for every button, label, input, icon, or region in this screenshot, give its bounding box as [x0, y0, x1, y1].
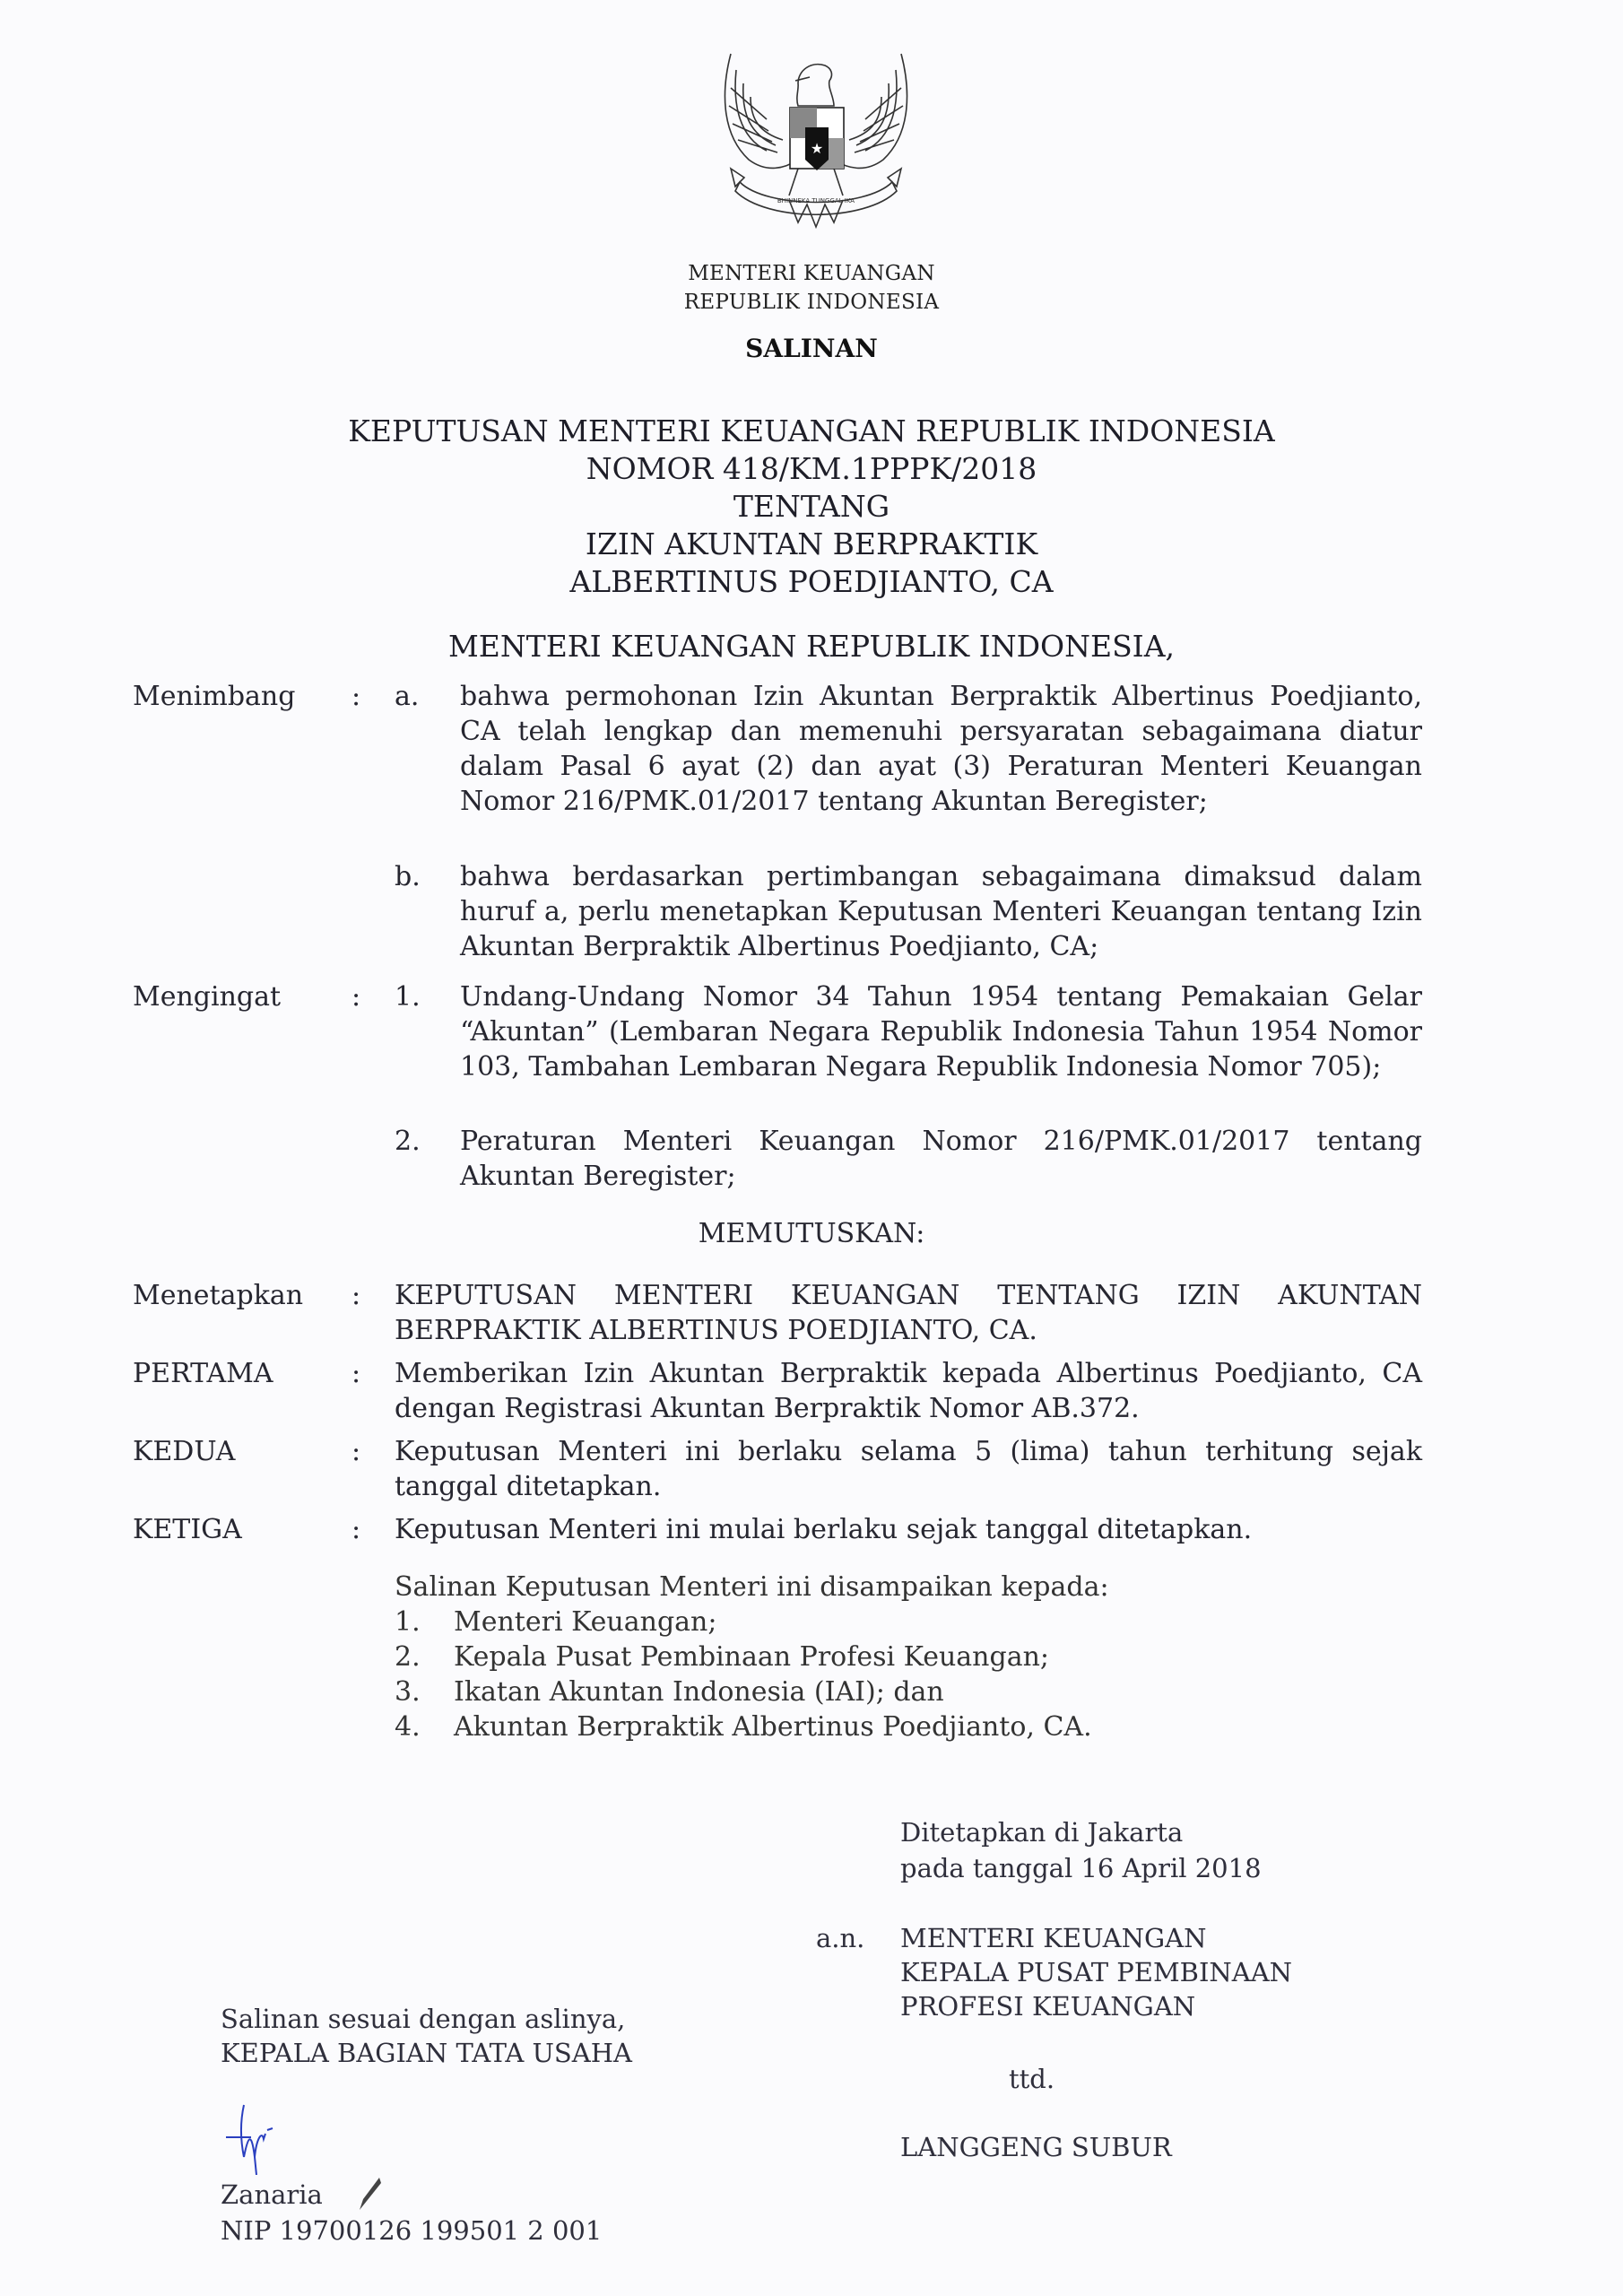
copy-recipient: 4.Akuntan Berpraktik Albertinus Poedjian…	[395, 1711, 1092, 1743]
recipient-name: Akuntan Berpraktik Albertinus Poedjianto…	[454, 1711, 1092, 1743]
decree-authority: MENTERI KEUANGAN REPUBLIK INDONESIA,	[0, 628, 1623, 665]
item-marker: 1.	[395, 979, 421, 1014]
office-line-1: MENTERI KEUANGAN	[900, 1920, 1206, 1956]
colon: :	[352, 1512, 360, 1547]
decree-tentang: TENTANG	[0, 488, 1623, 526]
svg-text:BHINNEKA TUNGGAL IKA: BHINNEKA TUNGGAL IKA	[777, 197, 855, 204]
mengingat-item-2: Peraturan Menteri Keuangan Nomor 216/PMK…	[460, 1124, 1422, 1194]
institution-line-2: REPUBLIK INDONESIA	[0, 291, 1623, 314]
certifier-nip: NIP 19700126 199501 2 001	[221, 2213, 602, 2248]
decision-text: Keputusan Menteri ini berlaku selama 5 (…	[395, 1434, 1422, 1504]
colon: :	[352, 679, 360, 714]
item-marker: b.	[395, 859, 421, 894]
decree-number: NOMOR 418/KM.1PPPK/2018	[0, 450, 1623, 488]
decree-page: ★ BHINNEKA TUNGGAL IKA MENTERI KEUANGAN …	[0, 0, 1623, 2296]
handwritten-signature-icon	[224, 2103, 296, 2175]
decision-label: KEDUA	[133, 1434, 235, 1469]
garuda-emblem-icon: ★ BHINNEKA TUNGGAL IKA	[713, 34, 919, 233]
enactment-date: pada tanggal 16 April 2018	[900, 1850, 1262, 1886]
recipient-name: Menteri Keuangan;	[454, 1606, 716, 1638]
colon: :	[352, 1356, 360, 1391]
on-behalf-marker: a.n.	[816, 1920, 864, 1956]
office-line-2: KEPALA PUSAT PEMBINAAN	[900, 1954, 1292, 1990]
enactment-place: Ditetapkan di Jakarta	[900, 1814, 1183, 1850]
decree-subject-1: IZIN AKUNTAN BERPRAKTIK	[0, 526, 1623, 563]
colon: :	[352, 1278, 360, 1313]
office-line-3: PROFESI KEUANGAN	[900, 1988, 1195, 2024]
svg-text:★: ★	[811, 140, 823, 157]
mengingat-label: Mengingat	[133, 979, 281, 1014]
certification-line-2: KEPALA BAGIAN TATA USAHA	[221, 2035, 632, 2071]
copies-intro: Salinan Keputusan Menteri ini disampaika…	[395, 1571, 1109, 1603]
copy-recipient: 1.Menteri Keuangan;	[395, 1606, 716, 1638]
decision-text: Memberikan Izin Akuntan Berpraktik kepad…	[395, 1356, 1422, 1426]
recipient-number: 2.	[395, 1641, 454, 1673]
copy-recipient: 3.Ikatan Akuntan Indonesia (IAI); dan	[395, 1676, 944, 1708]
item-marker: a.	[395, 679, 419, 714]
certification-line-1: Salinan sesuai dengan aslinya,	[221, 2001, 625, 2037]
recipient-number: 1.	[395, 1606, 454, 1638]
decree-title: KEPUTUSAN MENTERI KEUANGAN REPUBLIK INDO…	[0, 413, 1623, 450]
memutuskan-heading: MEMUTUSKAN:	[0, 1218, 1623, 1249]
decision-text: Keputusan Menteri ini mulai berlaku seja…	[395, 1512, 1422, 1547]
decree-subject-2: ALBERTINUS POEDJIANTO, CA	[0, 563, 1623, 601]
decision-label: Menetapkan	[133, 1278, 303, 1313]
item-marker: 2.	[395, 1124, 421, 1159]
recipient-name: Kepala Pusat Pembinaan Profesi Keuangan;	[454, 1641, 1049, 1673]
initial-mark-icon	[356, 2176, 383, 2212]
institution-line-1: MENTERI KEUANGAN	[0, 262, 1623, 285]
menimbang-label: Menimbang	[133, 679, 295, 714]
signed-marker: ttd.	[1009, 2061, 1055, 2097]
colon: :	[352, 1434, 360, 1469]
decision-label: PERTAMA	[133, 1356, 273, 1391]
menimbang-item-b: bahwa berdasarkan pertimbangan sebagaima…	[460, 859, 1422, 964]
menimbang-item-a: bahwa permohonan Izin Akuntan Berpraktik…	[460, 679, 1422, 819]
colon: :	[352, 979, 360, 1014]
copy-recipient: 2.Kepala Pusat Pembinaan Profesi Keuanga…	[395, 1641, 1049, 1673]
signatory-name: LANGGENG SUBUR	[900, 2129, 1172, 2165]
recipient-number: 4.	[395, 1711, 454, 1743]
recipient-name: Ikatan Akuntan Indonesia (IAI); dan	[454, 1676, 944, 1708]
mengingat-item-1: Undang-Undang Nomor 34 Tahun 1954 tentan…	[460, 979, 1422, 1084]
recipient-number: 3.	[395, 1676, 454, 1708]
decision-label: KETIGA	[133, 1512, 242, 1547]
certifier-name: Zanaria	[221, 2177, 323, 2213]
copy-label: SALINAN	[0, 334, 1623, 363]
decision-text: KEPUTUSAN MENTERI KEUANGAN TENTANG IZIN …	[395, 1278, 1422, 1348]
